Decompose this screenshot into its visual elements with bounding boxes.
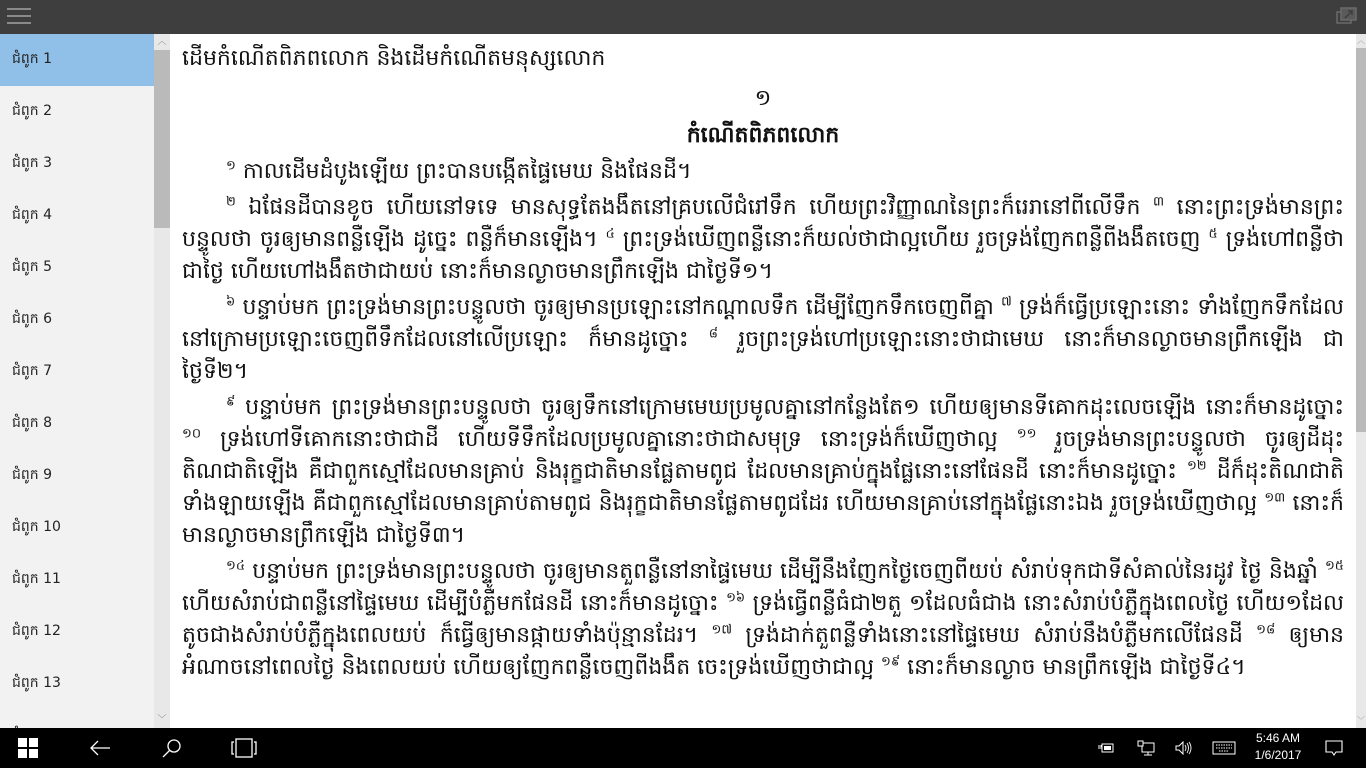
verse-text: បន្ទាប់មក ព្រះទ្រង់មានព្រះបន្ទូលថា ចូរឲ្… xyxy=(245,395,1344,420)
windows-start-icon xyxy=(18,738,38,758)
restore-window-icon xyxy=(1336,7,1358,25)
sidebar-item-chapter-4[interactable]: ជំពូក 4 xyxy=(0,190,154,242)
clock-time: 5:46 AM xyxy=(1238,730,1318,747)
action-center-button[interactable] xyxy=(1310,728,1358,768)
hamburger-menu-button[interactable] xyxy=(7,8,31,26)
sidebar-scroll-thumb[interactable] xyxy=(154,50,170,228)
title-bar xyxy=(0,0,1366,34)
verse-number: ៧ xyxy=(1001,295,1012,310)
sidebar-item-chapter-10[interactable]: ជំពូក 10 xyxy=(0,502,154,554)
verse-number: ៦ xyxy=(226,295,235,310)
sidebar-scrollbar[interactable]: ︿ ﹀ xyxy=(154,34,170,728)
hamburger-icon-line xyxy=(7,15,31,17)
verse-number: ១៤ xyxy=(226,559,245,574)
content-scroll-thumb[interactable] xyxy=(1356,48,1366,432)
sidebar-item-chapter-6[interactable]: ជំពូក 6 xyxy=(0,294,154,346)
verse-number: ៩ xyxy=(226,395,235,410)
scroll-down-icon[interactable]: ﹀ xyxy=(154,712,170,728)
system-clock[interactable]: 5:46 AM 1/6/2017 xyxy=(1238,730,1318,764)
verse-text: ទ្រង់ហៅទីគោកនោះថាជាដី ហើយទីទឹកដែលប្រមូលគ… xyxy=(220,427,998,452)
verse-text: បន្ទាប់មក ព្រះទ្រង់មានព្រះបន្ទូលថា ចូរឲ្… xyxy=(243,295,994,320)
volume-icon xyxy=(1175,741,1193,755)
paragraph: ១៤ បន្ទាប់មក ព្រះទ្រង់មានព្រះបន្ទូលថា ចូ… xyxy=(182,556,1344,684)
paragraph: ១ កាលដើមដំបូងឡើយ ព្រះបានបង្កើតផ្ទៃមេឃ និ… xyxy=(182,156,1344,188)
verse-number: ១០ xyxy=(182,427,201,442)
search-button[interactable] xyxy=(148,728,196,768)
verse-text: ព្រះទ្រង់ឃើញពន្លឺនោះក៏យល់ថាជាល្អហើយ រួចទ… xyxy=(623,227,1201,252)
scroll-up-icon[interactable]: ︿ xyxy=(154,34,170,50)
chapter-sidebar: ជំពូក 1ជំពូក 2ជំពូក 3ជំពូក 4ជំពូក 5ជំពូក… xyxy=(0,34,170,728)
hamburger-icon-line xyxy=(7,22,31,24)
hamburger-icon xyxy=(7,8,31,10)
chapter-list: ជំពូក 1ជំពូក 2ជំពូក 3ជំពូក 4ជំពូក 5ជំពូក… xyxy=(0,34,154,728)
task-view-button[interactable] xyxy=(220,728,268,768)
paragraph: ២ ឯផែនដីបានខូច ហើយនៅទទេ មានសុទ្ធតែងងឹតនៅ… xyxy=(182,192,1344,288)
chapter-text: ១ កាលដើមដំបូងឡើយ ព្រះបានបង្កើតផ្ទៃមេឃ និ… xyxy=(182,156,1344,684)
scroll-down-icon[interactable]: ﹀ xyxy=(1356,714,1366,728)
verse-text: ទ្រង់ដាក់តួពន្លឺទាំងនោះនៅផ្ទៃមេឃ សំរាប់ន… xyxy=(745,623,1242,648)
chapter-number: ១ xyxy=(182,80,1344,118)
verse-number: ២ xyxy=(226,195,236,210)
paragraph: ៩ បន្ទាប់មក ព្រះទ្រង់មានព្រះបន្ទូលថា ចូរ… xyxy=(182,392,1344,552)
book-title: ដើមកំណើតពិភពលោក និងដើមកំណើតមនុស្សលោក xyxy=(182,42,1344,76)
sidebar-item-chapter-12[interactable]: ជំពូក 12 xyxy=(0,606,154,658)
start-button[interactable] xyxy=(4,728,52,768)
verse-number: ៥ xyxy=(1209,227,1218,242)
verse-number: ៨ xyxy=(709,327,718,342)
clock-date: 1/6/2017 xyxy=(1238,747,1318,764)
verse-number: ១៦ xyxy=(726,591,745,606)
sidebar-item-chapter-13[interactable]: ជំពូក 13 xyxy=(0,658,154,710)
verse-number: ៤ xyxy=(606,227,615,242)
scroll-up-icon[interactable]: ︿ xyxy=(1356,34,1366,48)
verse-number: ១៥ xyxy=(1325,559,1344,574)
sidebar-item-chapter-9[interactable]: ជំពូក 9 xyxy=(0,450,154,502)
verse-number: ១៩ xyxy=(881,655,900,670)
sidebar-item-chapter-11[interactable]: ជំពូក 11 xyxy=(0,554,154,606)
back-button[interactable] xyxy=(76,728,124,768)
reading-pane: ដើមកំណើតពិភពលោក និងដើមកំណើតមនុស្សលោក ១ ក… xyxy=(170,34,1356,728)
verse-number: ១៧ xyxy=(712,623,733,638)
verse-text: នោះក៏មានល្ងាច មានព្រឹកឡើង ជាថ្ងៃទី៤។ xyxy=(907,655,1246,680)
paragraph: ៦ បន្ទាប់មក ព្រះទ្រង់មានព្រះបន្ទូលថា ចូរ… xyxy=(182,292,1344,388)
sidebar-item-chapter-3[interactable]: ជំពូក 3 xyxy=(0,138,154,190)
verse-number: ៣ xyxy=(1153,195,1164,210)
task-view-icon xyxy=(231,738,257,758)
verse-number: ១២ xyxy=(1187,459,1207,474)
sidebar-item-chapter-1[interactable]: ជំពូក 1 xyxy=(0,34,154,86)
touch-keyboard-icon xyxy=(1212,741,1236,755)
taskbar: 5:46 AM 1/6/2017 xyxy=(0,728,1366,768)
verse-number: ១ xyxy=(226,159,236,174)
back-arrow-icon xyxy=(89,740,111,756)
chapter-heading: កំណើតពិភពលោក xyxy=(182,118,1344,152)
search-icon xyxy=(162,738,182,758)
network-icon xyxy=(1137,740,1155,756)
verse-number: ១៨ xyxy=(1256,623,1275,638)
sidebar-item-chapter-5[interactable]: ជំពូក 5 xyxy=(0,242,154,294)
verse-text: ឯផែនដីបានខូច ហើយនៅទទេ មានសុទ្ធតែងងឹតនៅគ្… xyxy=(248,195,1140,220)
verse-number: ១៣ xyxy=(1264,491,1285,506)
verse-text: ហើយសំរាប់ជាពន្លឺនៅផ្ទៃមេឃ ដើម្បីបំភ្លឺមក… xyxy=(182,591,719,616)
restore-window-button[interactable] xyxy=(1336,7,1358,25)
verse-text: កាលដើមដំបូងឡើយ ព្រះបានបង្កើតផ្ទៃមេឃ និងផ… xyxy=(243,159,692,184)
sidebar-item-chapter-14[interactable]: ជំពូក 14 xyxy=(0,710,154,728)
sidebar-item-chapter-7[interactable]: ជំពូក 7 xyxy=(0,346,154,398)
battery-charging-icon xyxy=(1097,742,1115,754)
verse-text: បន្ទាប់មក ព្រះទ្រង់មានព្រះបន្ទូលថា ចូរឲ្… xyxy=(252,559,1318,584)
content-scrollbar[interactable]: ︿ ﹀ xyxy=(1356,34,1366,728)
verse-number: ១១ xyxy=(1017,427,1037,442)
sidebar-item-chapter-2[interactable]: ជំពូក 2 xyxy=(0,86,154,138)
sidebar-item-chapter-8[interactable]: ជំពូក 8 xyxy=(0,398,154,450)
action-center-icon xyxy=(1325,740,1343,756)
